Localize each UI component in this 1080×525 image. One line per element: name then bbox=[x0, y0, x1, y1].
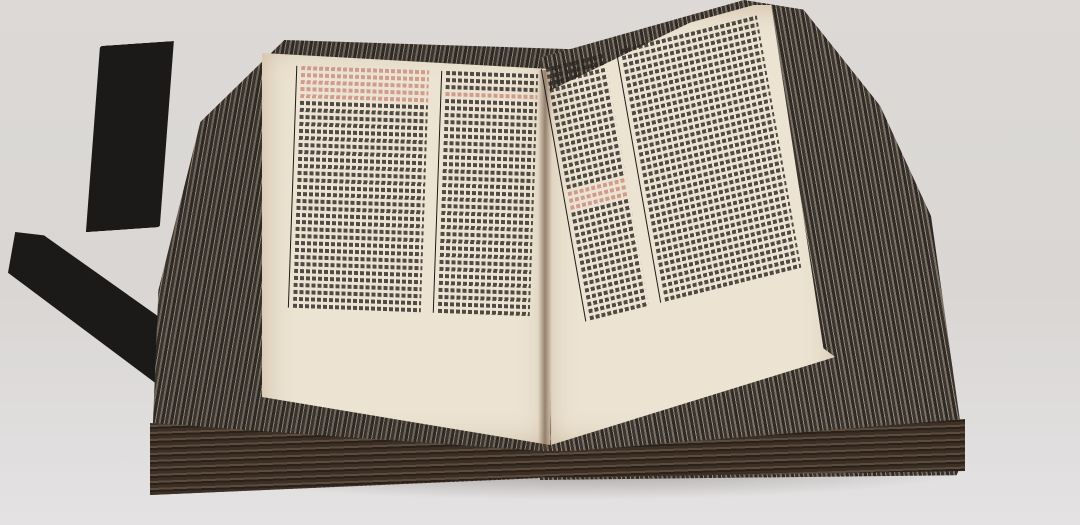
right-page-text bbox=[541, 15, 805, 322]
left-page-column-2 bbox=[433, 71, 542, 316]
left-page-column-1 bbox=[288, 66, 433, 313]
left-page-text bbox=[288, 66, 542, 316]
photo-scene: Open antique book with Cyrillic printed … bbox=[0, 0, 1080, 525]
